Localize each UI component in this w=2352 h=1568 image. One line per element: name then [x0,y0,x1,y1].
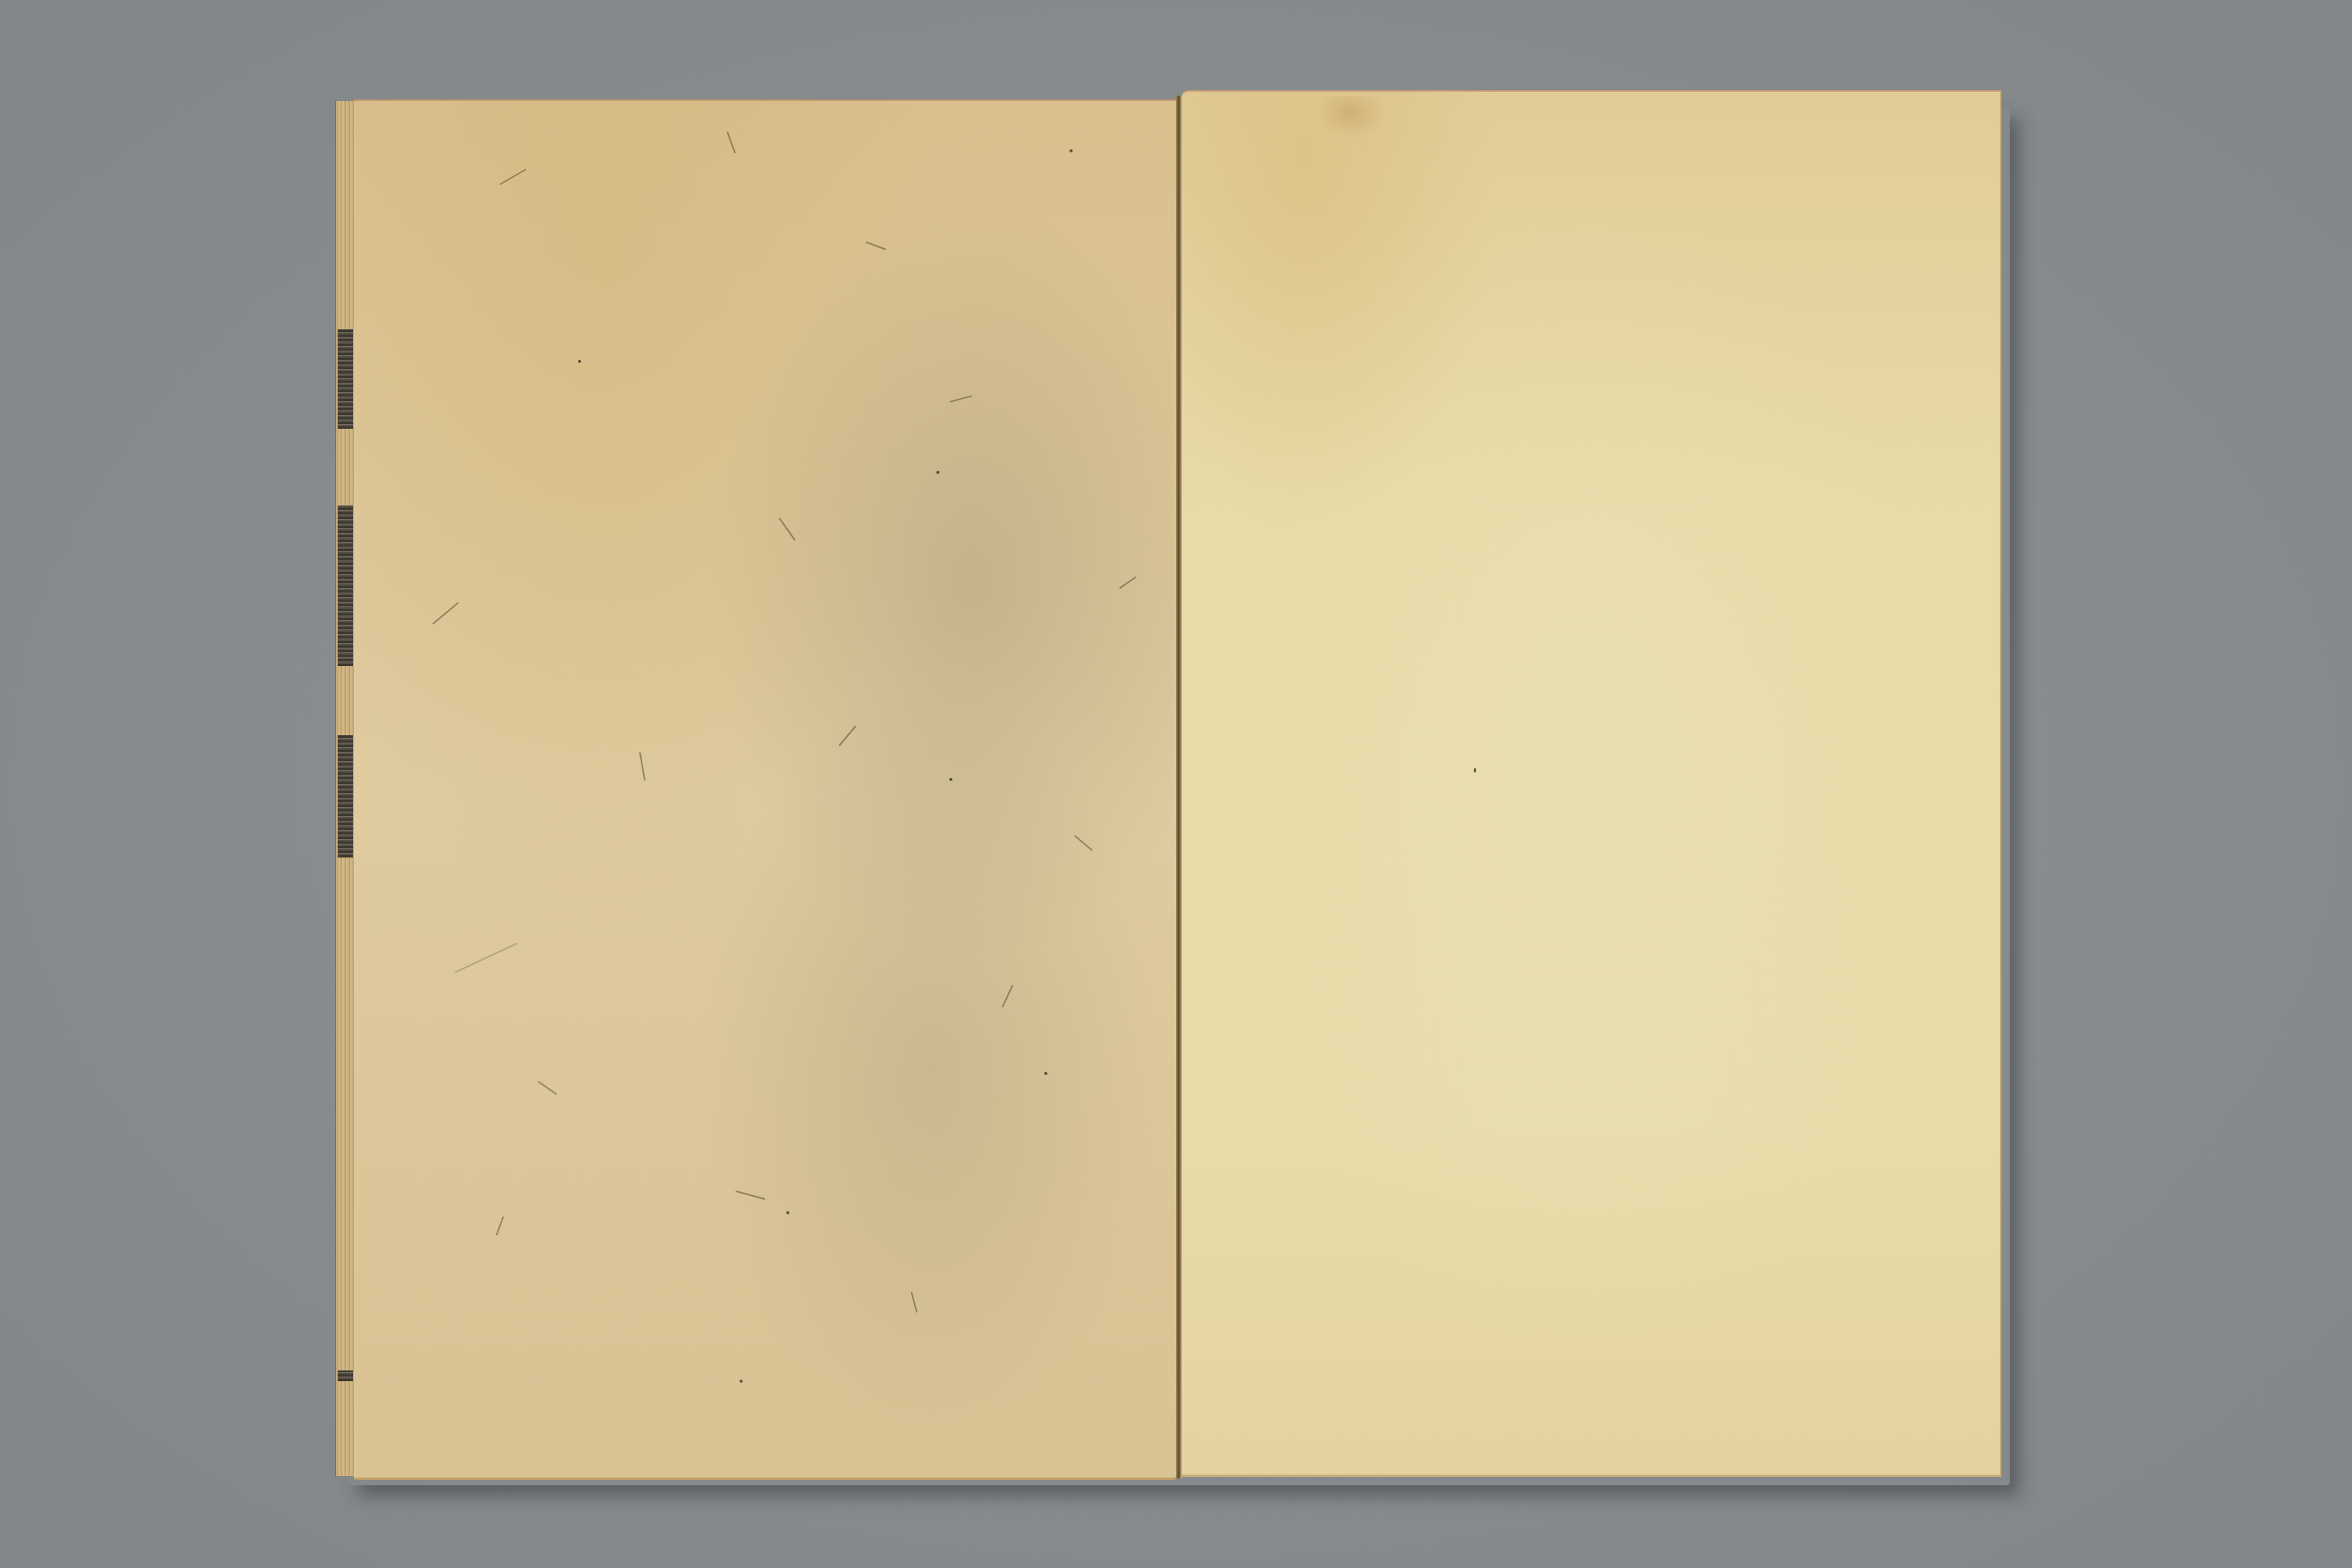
ink-band [338,329,353,429]
water-stain [1317,96,1386,138]
book-gutter [1176,96,1182,1478]
ink-band [338,735,353,857]
left-page [354,100,1179,1480]
ink-band [338,505,353,666]
right-page [1182,90,2001,1477]
ink-band [338,1370,353,1381]
